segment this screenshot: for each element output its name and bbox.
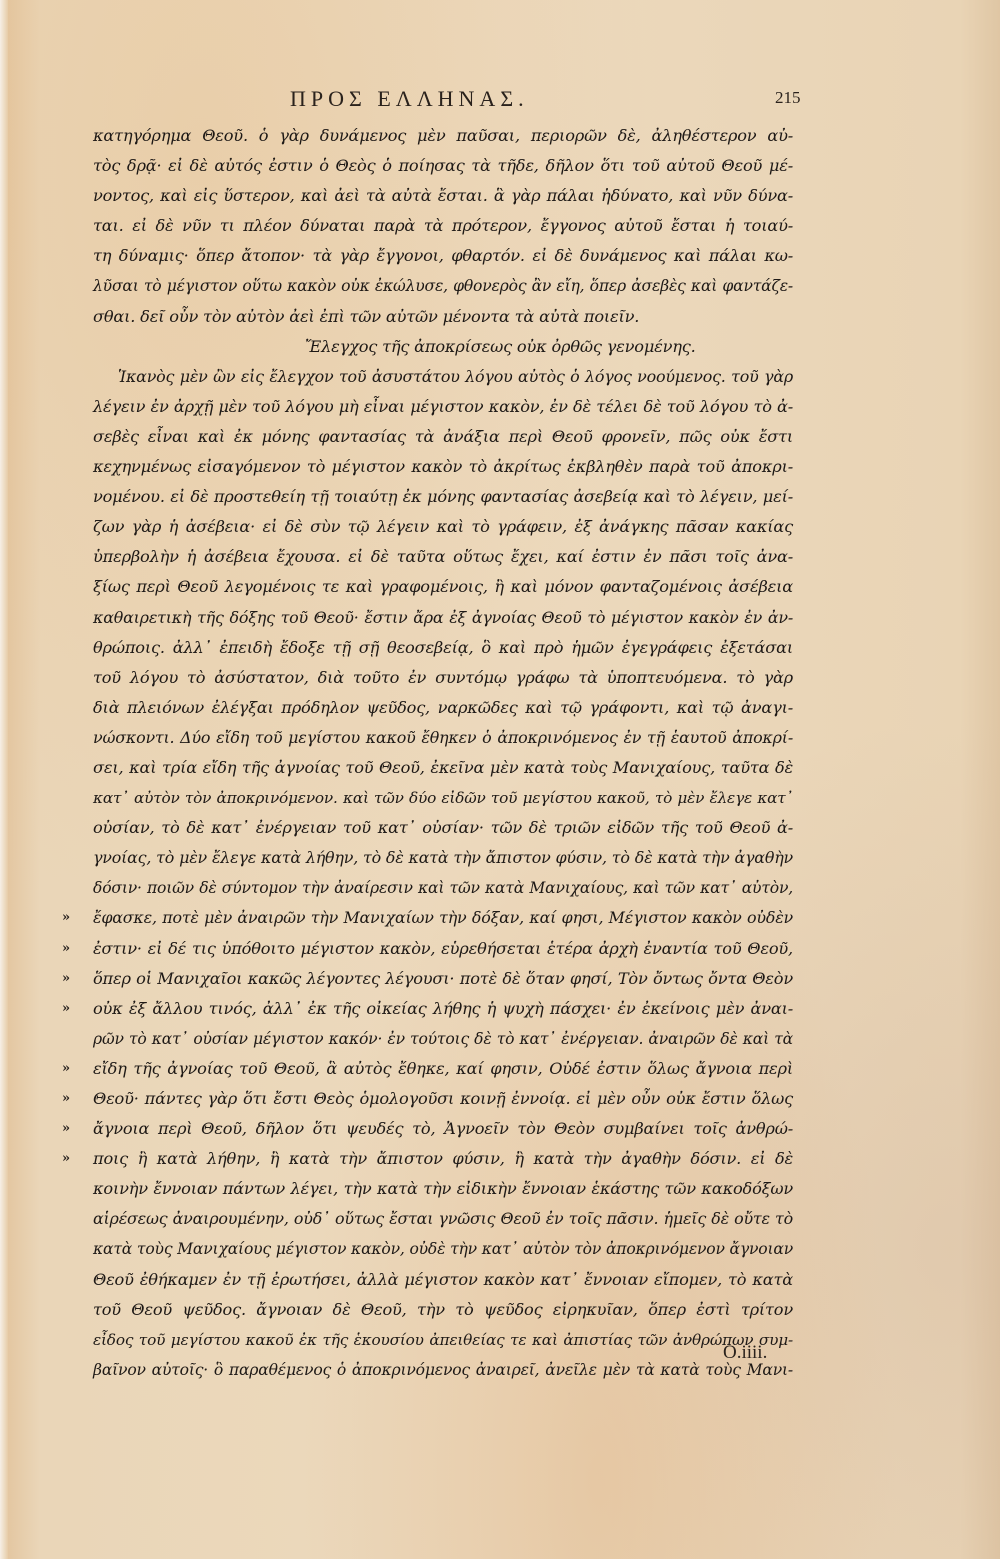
line-text: σεβὲς εἶναι καὶ ἐκ μόνης φαντασίας τὰ ἀν…	[93, 427, 793, 446]
text-line: »ὅπερ οἱ Μανιχαῖοι κακῶς λέγοντες λέγουσ…	[93, 964, 793, 994]
text-line: κατ᾽ αὐτὸν τὸν ἀποκρινόμενον. καὶ τῶν δύ…	[93, 783, 793, 813]
line-text: διὰ πλειόνων ἐλέγξαι πρόδηλον ψεῦδος, να…	[93, 698, 793, 717]
margin-quote-mark: »	[62, 994, 70, 1024]
margin-quote-mark: »	[62, 903, 70, 933]
line-text: αἱρέσεως ἀναιρουμένην, οὐδ᾽ οὕτως ἔσται …	[93, 1209, 793, 1228]
line-text: σθαι. δεῖ οὖν τὸν αὐτὸν ἀεὶ ἐπὶ τῶν αὐτῶ…	[93, 307, 639, 326]
line-text: τοῦ Θεοῦ ψεῦδος. ἄγνοιαν δὲ Θεοῦ, τὴν τὸ…	[93, 1300, 793, 1319]
text-line: σει, καὶ τρία εἴδη τῆς ἀγνοίας τοῦ Θεοῦ,…	[93, 753, 793, 783]
line-text: ἔφασκε, ποτὲ μὲν ἀναιρῶν τὴν Μανιχαίων τ…	[93, 908, 793, 927]
line-text: Ἱκανὸς μὲν ὢν εἰς ἔλεγχον τοῦ ἀσυστάτου …	[118, 367, 793, 386]
line-text: Θεοῦ· πάντες γὰρ ὅτι ἔστι Θεὸς ὁμολογοῦσ…	[93, 1089, 793, 1108]
margin-quote-mark: »	[62, 1054, 70, 1084]
line-text: λέγειν ἐν ἀρχῇ μὲν τοῦ λόγου μὴ εἶναι μέ…	[93, 397, 793, 416]
scanned-book-page: ΠΡΟΣ ΕΛΛΗΝΑΣ. 215 κατηγόρημα Θεοῦ. ὁ γὰρ…	[0, 0, 1000, 1559]
text-line: τοῦ Θεοῦ ψεῦδος. ἄγνοιαν δὲ Θεοῦ, τὴν τὸ…	[93, 1295, 793, 1325]
margin-quote-mark: »	[62, 964, 70, 994]
line-text: νοντος, καὶ εἰς ὕστερον, καὶ ἀεὶ τὰ αὐτὰ…	[93, 186, 793, 205]
text-line: ὑπερβολὴν ἡ ἀσέβεια ἔχουσα. εἰ δὲ ταῦτα …	[93, 542, 793, 572]
text-line: κατηγόρημα Θεοῦ. ὁ γὰρ δυνάμενος μὲν παῦ…	[93, 121, 793, 151]
text-line: »Θεοῦ· πάντες γὰρ ὅτι ἔστι Θεὸς ὁμολογοῦ…	[93, 1084, 793, 1114]
line-text: νομένου. εἰ δὲ προστεθείη τῇ τοιαύτῃ ἐκ …	[93, 487, 793, 506]
text-line: δόσιν· ποιῶν δὲ σύντομον τὴν ἀναίρεσιν κ…	[93, 873, 793, 903]
line-text: Ἔλεγχος τῆς ἀποκρίσεως οὐκ ὀρθῶς γενομέν…	[305, 337, 696, 356]
text-line: λέγειν ἐν ἀρχῇ μὲν τοῦ λόγου μὴ εἶναι μέ…	[93, 392, 793, 422]
text-line: τοῦ λόγου τὸ ἀσύστατον, διὰ τοῦτο ἐν συν…	[93, 663, 793, 693]
page-header: ΠΡΟΣ ΕΛΛΗΝΑΣ. 215	[290, 86, 810, 116]
line-text: κατηγόρημα Θεοῦ. ὁ γὰρ δυνάμενος μὲν παῦ…	[93, 126, 793, 145]
text-line: τὸς δρᾷ· εἰ δὲ αὐτός ἐστιν ὁ Θεὸς ὁ ποίη…	[93, 151, 793, 181]
line-text: εἴδη τῆς ἀγνοίας τοῦ Θεοῦ, ἃ αὐτὸς ἔθηκε…	[93, 1059, 793, 1078]
running-title: ΠΡΟΣ ΕΛΛΗΝΑΣ.	[290, 86, 529, 112]
text-line: »ἄγνοια περὶ Θεοῦ, δῆλον ὅτι ψευδές τὸ, …	[93, 1114, 793, 1144]
text-line: εἶδος τοῦ μεγίστου κακοῦ ἐκ τῆς ἑκουσίου…	[93, 1325, 793, 1355]
line-text: ρῶν τὸ κατ᾽ οὐσίαν μέγιστον κακόν· ἐν το…	[93, 1030, 793, 1048]
margin-quote-mark: »	[62, 934, 70, 964]
signature-mark: O.iiii.	[723, 1342, 767, 1364]
line-text: κατὰ τοὺς Μανιχαίους μέγιστον κακὸν, οὐδ…	[93, 1240, 793, 1258]
line-text: λῦσαι τὸ μέγιστον οὕτω κακὸν οὐκ ἐκώλυσε…	[93, 277, 793, 295]
text-line: βαῖνον αὐτοῖς· ὃ παραθέμενος ὁ ἀποκρινόμ…	[93, 1355, 793, 1385]
line-text: ὑπερβολὴν ἡ ἀσέβεια ἔχουσα. εἰ δὲ ταῦτα …	[93, 547, 793, 566]
text-line: κατὰ τοὺς Μανιχαίους μέγιστον κακὸν, οὐδ…	[93, 1234, 793, 1264]
text-line: νοντος, καὶ εἰς ὕστερον, καὶ ἀεὶ τὰ αὐτὰ…	[93, 181, 793, 211]
line-text: τη δύναμις· ὅπερ ἄτοπον· τὰ γὰρ ἔγγονοι,…	[93, 246, 793, 265]
text-line: Ἱκανὸς μὲν ὢν εἰς ἔλεγχον τοῦ ἀσυστάτου …	[93, 362, 793, 392]
line-text: καθαιρετικὴ τῆς δόξης τοῦ Θεοῦ· ἔστιν ἄρ…	[93, 608, 793, 627]
text-line: ξίως περὶ Θεοῦ λεγομένοις τε καὶ γραφομέ…	[93, 572, 793, 602]
text-line: οὐσίαν, τὸ δὲ κατ᾽ ἐνέργειαν τοῦ κατ᾽ οὐ…	[93, 813, 793, 843]
line-text: ται. εἰ δὲ νῦν τι πλέον δύναται παρὰ τὰ …	[93, 216, 793, 235]
margin-quote-mark: »	[62, 1144, 70, 1174]
text-line: σθαι. δεῖ οὖν τὸν αὐτὸν ἀεὶ ἐπὶ τῶν αὐτῶ…	[93, 302, 793, 332]
text-line: γνοίας, τὸ μὲν ἔλεγε κατὰ λήθην, τὸ δὲ κ…	[93, 843, 793, 873]
text-line: »ἔφασκε, ποτὲ μὲν ἀναιρῶν τὴν Μανιχαίων …	[93, 903, 793, 933]
line-text: νώσκοντι. Δύο εἴδη τοῦ μεγίστου κακοῦ ἔθ…	[93, 728, 793, 747]
text-line: »οὐκ ἐξ ἄλλου τινός, ἀλλ᾽ ἐκ τῆς οἰκείας…	[93, 994, 793, 1024]
line-text: σει, καὶ τρία εἴδη τῆς ἀγνοίας τοῦ Θεοῦ,…	[93, 758, 793, 777]
section-heading: Ἔλεγχος τῆς ἀποκρίσεως οὐκ ὀρθῶς γενομέν…	[93, 332, 793, 362]
text-line: νώσκοντι. Δύο εἴδη τοῦ μεγίστου κακοῦ ἔθ…	[93, 723, 793, 753]
margin-quote-mark: »	[62, 1114, 70, 1144]
page-number: 215	[775, 88, 801, 108]
text-line: σεβὲς εἶναι καὶ ἐκ μόνης φαντασίας τὰ ἀν…	[93, 422, 793, 452]
text-line: »ποις ἢ κατὰ λήθην, ἢ κατὰ τὴν ἄπιστον φ…	[93, 1144, 793, 1174]
text-line: καθαιρετικὴ τῆς δόξης τοῦ Θεοῦ· ἔστιν ἄρ…	[93, 603, 793, 633]
line-text: θρώποις. ἀλλ᾽ ἐπειδὴ ἔδοξε τῇ σῇ θεοσεβε…	[93, 638, 793, 657]
text-line: »εἴδη τῆς ἀγνοίας τοῦ Θεοῦ, ἃ αὐτὸς ἔθηκ…	[93, 1054, 793, 1084]
text-line: νομένου. εἰ δὲ προστεθείη τῇ τοιαύτῃ ἐκ …	[93, 482, 793, 512]
line-text: κατ᾽ αὐτὸν τὸν ἀποκρινόμενον. καὶ τῶν δύ…	[93, 789, 793, 807]
text-line: »ἐστιν· εἰ δέ τις ὑπόθοιτο μέγιστον κακὸ…	[93, 934, 793, 964]
line-text: βαῖνον αὐτοῖς· ὃ παραθέμενος ὁ ἀποκρινόμ…	[93, 1361, 793, 1379]
line-text: εἶδος τοῦ μεγίστου κακοῦ ἐκ τῆς ἑκουσίου…	[93, 1331, 793, 1349]
line-text: τοῦ λόγου τὸ ἀσύστατον, διὰ τοῦτο ἐν συν…	[93, 668, 793, 687]
line-text: οὐσίαν, τὸ δὲ κατ᾽ ἐνέργειαν τοῦ κατ᾽ οὐ…	[93, 818, 793, 837]
line-text: ὅπερ οἱ Μανιχαῖοι κακῶς λέγοντες λέγουσι…	[93, 969, 793, 988]
text-line: λῦσαι τὸ μέγιστον οὕτω κακὸν οὐκ ἐκώλυσε…	[93, 271, 793, 301]
line-text: ποις ἢ κατὰ λήθην, ἢ κατὰ τὴν ἄπιστον φύ…	[93, 1149, 793, 1168]
line-text: γνοίας, τὸ μὲν ἔλεγε κατὰ λήθην, τὸ δὲ κ…	[93, 848, 793, 867]
text-line: τη δύναμις· ὅπερ ἄτοπον· τὰ γὰρ ἔγγονοι,…	[93, 241, 793, 271]
line-text: ζων γὰρ ἡ ἀσέβεια· εἰ δὲ σὺν τῷ λέγειν κ…	[93, 517, 793, 536]
line-text: ἄγνοια περὶ Θεοῦ, δῆλον ὅτι ψευδές τὸ, Ἀ…	[93, 1119, 793, 1138]
line-text: Θεοῦ ἐθήκαμεν ἐν τῇ ἐρωτήσει, ἀλλὰ μέγισ…	[93, 1270, 793, 1289]
text-line: διὰ πλειόνων ἐλέγξαι πρόδηλον ψεῦδος, να…	[93, 693, 793, 723]
text-line: ρῶν τὸ κατ᾽ οὐσίαν μέγιστον κακόν· ἐν το…	[93, 1024, 793, 1054]
line-text: κοινὴν ἔννοιαν πάντων λέγει, τὴν κατὰ τὴ…	[93, 1179, 793, 1198]
line-text: τὸς δρᾷ· εἰ δὲ αὐτός ἐστιν ὁ Θεὸς ὁ ποίη…	[93, 156, 793, 175]
text-line: θρώποις. ἀλλ᾽ ἐπειδὴ ἔδοξε τῇ σῇ θεοσεβε…	[93, 633, 793, 663]
line-text: δόσιν· ποιῶν δὲ σύντομον τὴν ἀναίρεσιν κ…	[93, 879, 793, 897]
text-line: ται. εἰ δὲ νῦν τι πλέον δύναται παρὰ τὰ …	[93, 211, 793, 241]
body-text: κατηγόρημα Θεοῦ. ὁ γὰρ δυνάμενος μὲν παῦ…	[93, 121, 793, 1385]
text-line: αἱρέσεως ἀναιρουμένην, οὐδ᾽ οὕτως ἔσται …	[93, 1204, 793, 1234]
line-text: ἐστιν· εἰ δέ τις ὑπόθοιτο μέγιστον κακὸν…	[93, 939, 793, 958]
text-line: Θεοῦ ἐθήκαμεν ἐν τῇ ἐρωτήσει, ἀλλὰ μέγισ…	[93, 1265, 793, 1295]
text-line: κεχηνμένως εἰσαγόμενον τὸ μέγιστον κακὸν…	[93, 452, 793, 482]
line-text: ξίως περὶ Θεοῦ λεγομένοις τε καὶ γραφομέ…	[93, 577, 793, 596]
line-text: οὐκ ἐξ ἄλλου τινός, ἀλλ᾽ ἐκ τῆς οἰκείας …	[93, 999, 793, 1018]
text-line: κοινὴν ἔννοιαν πάντων λέγει, τὴν κατὰ τὴ…	[93, 1174, 793, 1204]
margin-quote-mark: »	[62, 1084, 70, 1114]
line-text: κεχηνμένως εἰσαγόμενον τὸ μέγιστον κακὸν…	[93, 457, 793, 476]
text-line: ζων γὰρ ἡ ἀσέβεια· εἰ δὲ σὺν τῷ λέγειν κ…	[93, 512, 793, 542]
